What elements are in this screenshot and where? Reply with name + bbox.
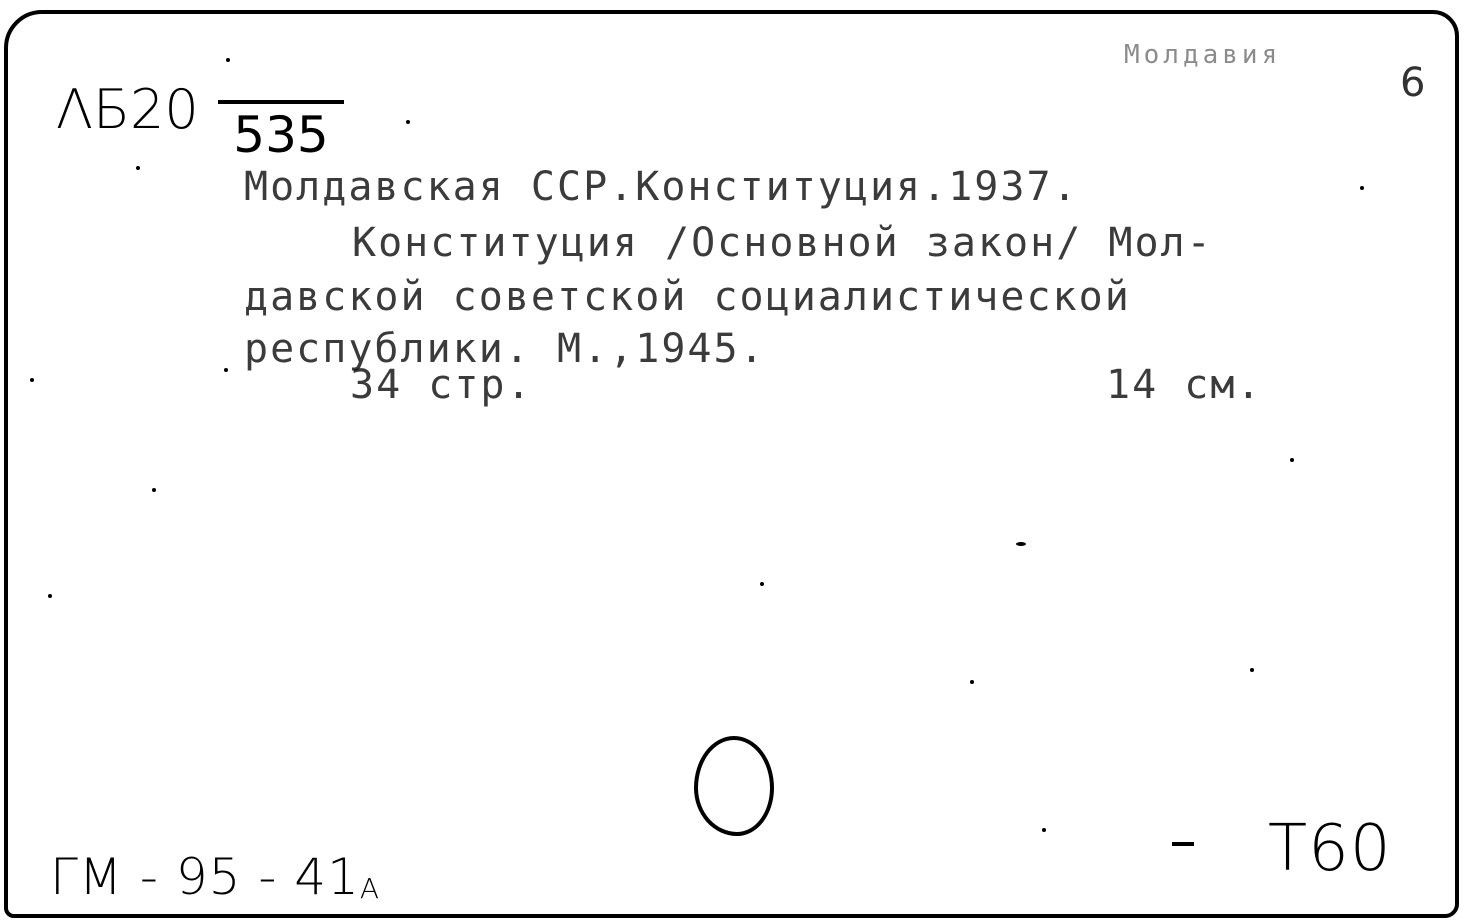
scan-speck: [224, 368, 228, 372]
call-number-denominator: 535: [218, 100, 344, 164]
corner-mark: 6: [1400, 60, 1425, 106]
scan-speck: [1042, 828, 1046, 832]
shelf-code: Т60: [1268, 812, 1392, 886]
entry-heading: Молдавская ССР.Конституция.1937.: [244, 160, 1079, 214]
dash-mark: [1172, 842, 1194, 846]
scan-speck: [30, 378, 34, 382]
call-number-class: ΛБ20: [56, 78, 199, 141]
inventory-number-main: ГМ - 95 - 41: [50, 848, 360, 906]
scan-speck: [152, 488, 156, 492]
card-punch-hole: [694, 736, 774, 836]
scan-speck: [226, 58, 230, 62]
book-size: 14 см.: [1106, 358, 1263, 412]
scan-speck: [760, 582, 764, 586]
scan-speck: [48, 594, 52, 598]
scan-speck: [1016, 542, 1026, 546]
scan-speck: [970, 680, 974, 684]
page-count: 34 стр.: [350, 358, 533, 412]
title-line-1: Конституция /Основной закон/ Мол-: [352, 216, 1213, 270]
scan-speck: [136, 166, 140, 170]
scan-speck: [1290, 458, 1294, 462]
scan-speck: [406, 120, 410, 124]
inventory-number: ГМ - 95 - 41А: [50, 848, 380, 906]
scan-speck: [1360, 186, 1364, 190]
inventory-number-suffix: А: [360, 872, 380, 905]
scan-speck: [1250, 668, 1254, 672]
title-line-2: давской советской социалистической: [244, 270, 1131, 324]
top-right-stamp: Молдавия: [1124, 40, 1281, 70]
